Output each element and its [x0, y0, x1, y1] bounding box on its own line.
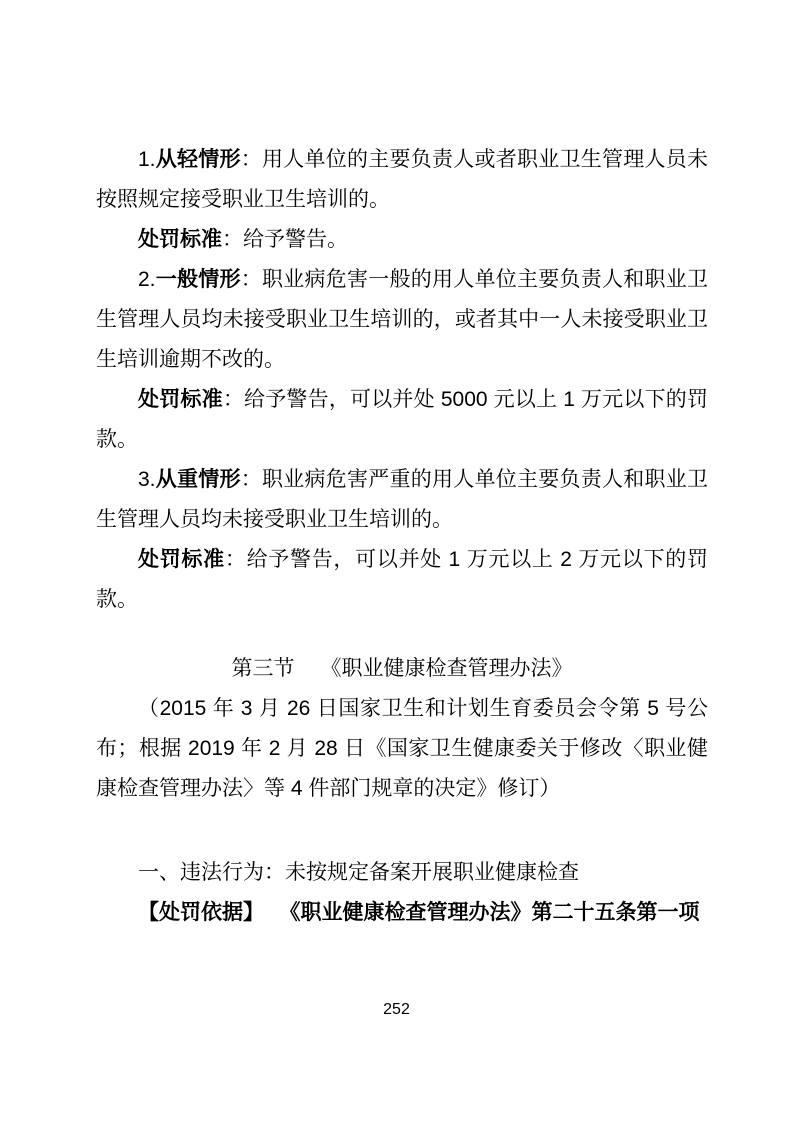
penalty-basis-label: 【处罚依据】: [138, 901, 264, 924]
penalty-basis: 【处罚依据】《职业健康检查管理办法》第二十五条第一项: [96, 893, 708, 933]
penalty-basis-text: 《职业健康检查管理办法》第二十五条第一项: [290, 901, 700, 924]
clause-number: 1.: [138, 148, 156, 171]
page-number: 252: [0, 1000, 793, 1020]
clause-lighter-circumstance: 1.从轻情形：用人单位的主要负责人或者职业卫生管理人员未按照规定接受职业卫生培训…: [96, 140, 708, 220]
violation-item: 一、违法行为：未按规定备案开展职业健康检查: [96, 853, 708, 893]
clause-heavier-circumstance: 3.从重情形：职业病危害严重的用人单位主要负责人和职业卫生管理人员均未接受职业卫…: [96, 460, 708, 540]
section-heading-chapter: 第三节: [232, 657, 295, 680]
clause-text: ：给予警告。: [222, 228, 348, 251]
section-heading: 第三节《职业健康检查管理办法》: [96, 649, 708, 689]
clause-term: 处罚标准: [138, 388, 223, 411]
clause-number: 2.: [138, 268, 156, 291]
clause-term: 从重情形: [156, 468, 241, 491]
clause-number: 3.: [138, 468, 156, 491]
penalty-standard-3: 处罚标准：给予警告，可以并处 1 万元以上 2 万元以下的罚款。: [96, 540, 708, 620]
clause-term: 处罚标准: [138, 548, 225, 571]
section-heading-title: 《职业健康检查管理办法》: [321, 657, 573, 680]
document-page: 1.从轻情形：用人单位的主要负责人或者职业卫生管理人员未按照规定接受职业卫生培训…: [0, 0, 793, 1122]
penalty-standard-1: 处罚标准：给予警告。: [96, 220, 708, 260]
page-content: 1.从轻情形：用人单位的主要负责人或者职业卫生管理人员未按照规定接受职业卫生培训…: [96, 140, 708, 933]
clause-term: 从轻情形: [156, 148, 241, 171]
clause-term: 处罚标准: [138, 228, 222, 251]
clause-general-circumstance: 2.一般情形：职业病危害一般的用人单位主要负责人和职业卫生管理人员均未接受职业卫…: [96, 260, 708, 380]
clause-term: 一般情形: [156, 268, 241, 291]
penalty-standard-2: 处罚标准：给予警告，可以并处 5000 元以上 1 万元以下的罚款。: [96, 380, 708, 460]
promulgation-note: （2015 年 3 月 26 日国家卫生和计划生育委员会令第 5 号公布；根据 …: [96, 689, 708, 809]
